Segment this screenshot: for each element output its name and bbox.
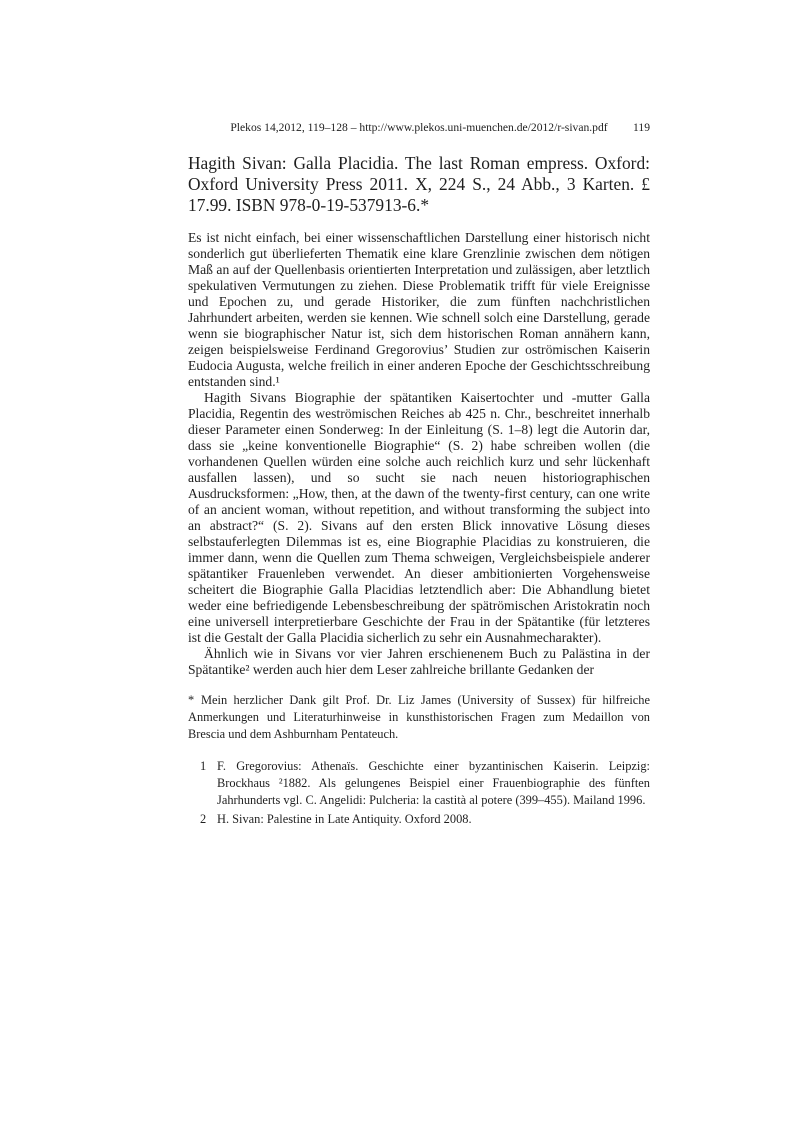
footnote-text-1: F. Gregorovius: Athenaïs. Geschichte ein…	[217, 759, 650, 807]
footnote-list: 1 F. Gregorovius: Athenaïs. Geschichte e…	[188, 758, 650, 828]
page-content: Hagith Sivan: Galla Placidia. The last R…	[188, 153, 650, 830]
footnote-number-2: 2	[200, 811, 206, 828]
review-title: Hagith Sivan: Galla Placidia. The last R…	[188, 153, 650, 215]
body-paragraph-1: Es ist nicht einfach, bei einer wissensc…	[188, 230, 650, 390]
body-paragraph-3: Ähnlich wie in Sivans vor vier Jahren er…	[188, 646, 650, 678]
body-paragraph-2: Hagith Sivans Biographie der spätantiken…	[188, 390, 650, 646]
footnote-thanks-marker: *	[188, 693, 194, 707]
footnote-number-1: 1	[200, 758, 206, 775]
footnote-item-2: 2 H. Sivan: Palestine in Late Antiquity.…	[188, 811, 650, 828]
footnote-text-2: H. Sivan: Palestine in Late Antiquity. O…	[217, 812, 472, 826]
page-number: 119	[633, 121, 650, 135]
journal-page: Plekos 14,2012, 119–128 – http://www.ple…	[0, 0, 800, 1131]
footnote-item-1: 1 F. Gregorovius: Athenaïs. Geschichte e…	[188, 758, 650, 809]
running-head: Plekos 14,2012, 119–128 – http://www.ple…	[188, 121, 650, 135]
journal-citation-line: Plekos 14,2012, 119–128 – http://www.ple…	[230, 121, 607, 134]
footnote-thanks: *Mein herzlicher Dank gilt Prof. Dr. Liz…	[188, 692, 650, 743]
footnote-thanks-text: Mein herzlicher Dank gilt Prof. Dr. Liz …	[188, 693, 650, 741]
